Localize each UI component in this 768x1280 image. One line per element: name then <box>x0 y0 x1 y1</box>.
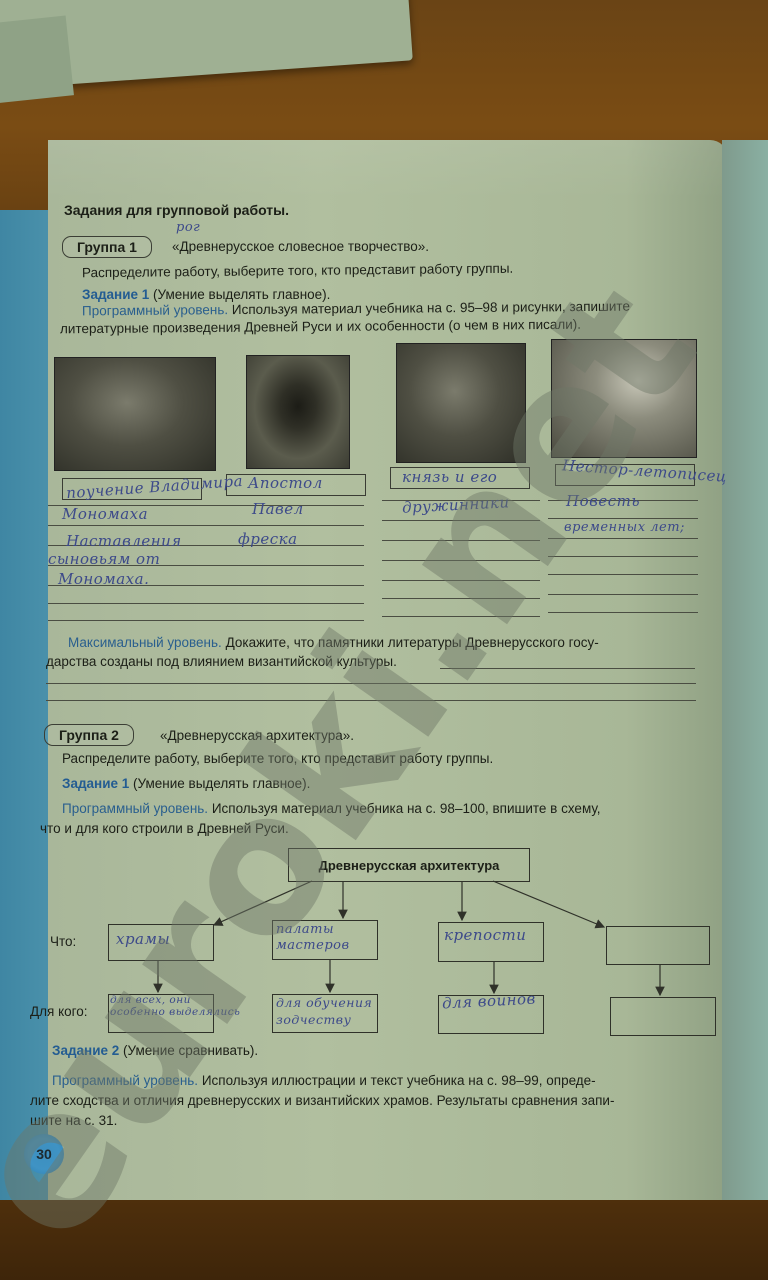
page-number-badge: 30 <box>24 1134 64 1174</box>
group-2-task-2-program-level: Программный уровень. Используя иллюстрац… <box>52 1072 596 1089</box>
group-2-task-2: Задание 2 (Умение сравнивать). <box>52 1042 258 1059</box>
schema-what-box-4[interactable] <box>606 926 710 965</box>
program-level-text: Используя иллюстрации и текст учебника н… <box>202 1073 596 1088</box>
schema-row-label-for-whom: Для кого: <box>30 1003 88 1020</box>
schema-for-whom-answer-2: для обучения зодчеству <box>276 994 394 1028</box>
task-label: Задание 2 <box>52 1043 119 1058</box>
group-2-task-2-cont-2: шите на с. 31. <box>30 1112 117 1129</box>
schema-for-whom-box-4[interactable] <box>610 997 716 1036</box>
group-2-task-2-cont-1: лите сходства и отличия древнерусских и … <box>30 1092 614 1109</box>
schema-what-answer-3: крепости <box>444 926 526 944</box>
task-skill: (Умение сравнивать). <box>123 1043 258 1058</box>
program-level-label: Программный уровень. <box>52 1073 198 1088</box>
schema-row-label-what: Что: <box>50 933 76 950</box>
page-content: Задания для групповой работы. рог Группа… <box>0 0 768 1280</box>
schema-what-answer-2: палаты мастеров <box>276 922 386 954</box>
schema-what-answer-1: храмы <box>116 930 170 948</box>
schema-for-whom-answer-1: для всех, они особенно выделялись <box>110 994 246 1018</box>
